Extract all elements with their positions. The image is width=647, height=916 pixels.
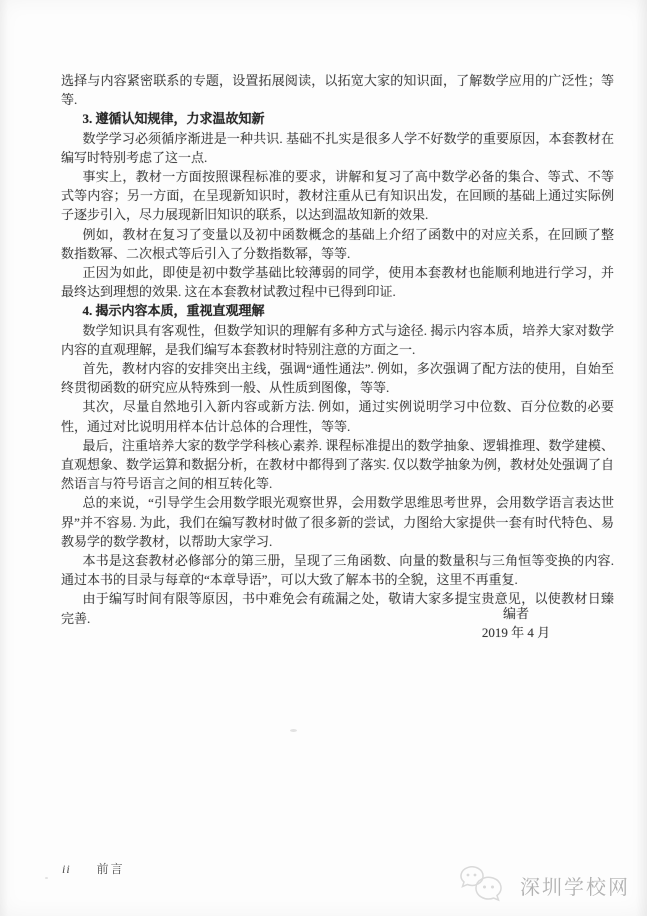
paragraph: 首先，教材内容的安排突出主线，强调“通性通法”. 例如，多次强调了配方法的使用，… — [61, 359, 614, 397]
paragraph: 数学学习必须循序渐进是一种共识. 基础不扎实是很多人学不好数学的重要原因，本套教… — [61, 129, 614, 167]
paragraph: 例如，教材在复习了变量以及初中函数概念的基础上介绍了函数中的对应关系，在回顾了整… — [61, 225, 614, 263]
paragraph: 本书是这套教材必修部分的第三册，呈现了三角函数、向量的数量积与三角恒等变换的内容… — [61, 551, 614, 589]
paragraph: 最后，注重培养大家的数学学科核心素养. 课程标准提出的数学抽象、逻辑推理、数学建… — [61, 436, 614, 494]
paragraph: 选择与内容紧密联系的专题，设置拓展阅读，以拓宽大家的知识面，了解数学应用的广泛性… — [61, 71, 614, 109]
signature-block: 编者 2019 年 4 月 — [455, 604, 577, 642]
section-heading-3: 3. 遵循认知规律，力求温故知新 — [61, 109, 614, 128]
scanned-page: 选择与内容紧密联系的专题，设置拓展阅读，以拓宽大家的知识面，了解数学应用的广泛性… — [0, 0, 647, 916]
footer-section-title: 前言 — [97, 860, 125, 877]
page-number: ii — [62, 862, 71, 877]
paragraph: 数学知识具有客观性，但数学知识的理解有多种方式与途径. 揭示内容本质，培养大家对… — [61, 321, 614, 359]
signature-author: 编者 — [455, 604, 577, 623]
scan-artifact — [290, 729, 297, 732]
wechat-icon — [458, 866, 504, 904]
watermark: 深圳学校网 — [458, 866, 630, 904]
watermark-text: 深圳学校网 — [520, 871, 630, 900]
preface-text-block: 选择与内容紧密联系的专题，设置拓展阅读，以拓宽大家的知识面，了解数学应用的广泛性… — [61, 71, 614, 628]
paragraph: 事实上，教材一方面按照课程标准的要求，讲解和复习了高中数学必备的集合、等式、不等… — [61, 167, 614, 225]
scan-artifact — [45, 877, 48, 879]
page-footer: ii 前言 — [62, 860, 125, 877]
paragraph: 总的来说，“引导学生会用数学眼光观察世界，会用数学思维思考世界，会用数学语言表达… — [61, 493, 614, 551]
signature-date: 2019 年 4 月 — [455, 623, 577, 642]
section-heading-4: 4. 揭示内容本质，重视直观理解 — [61, 301, 614, 320]
paragraph: 正因为如此，即使是初中数学基础比较薄弱的同学，使用本套教材也能顺利地进行学习，并… — [61, 263, 614, 301]
paragraph: 其次，尽量自然地引入新内容或新方法. 例如，通过实例说明学习中位数、百分位数的必… — [61, 397, 614, 435]
